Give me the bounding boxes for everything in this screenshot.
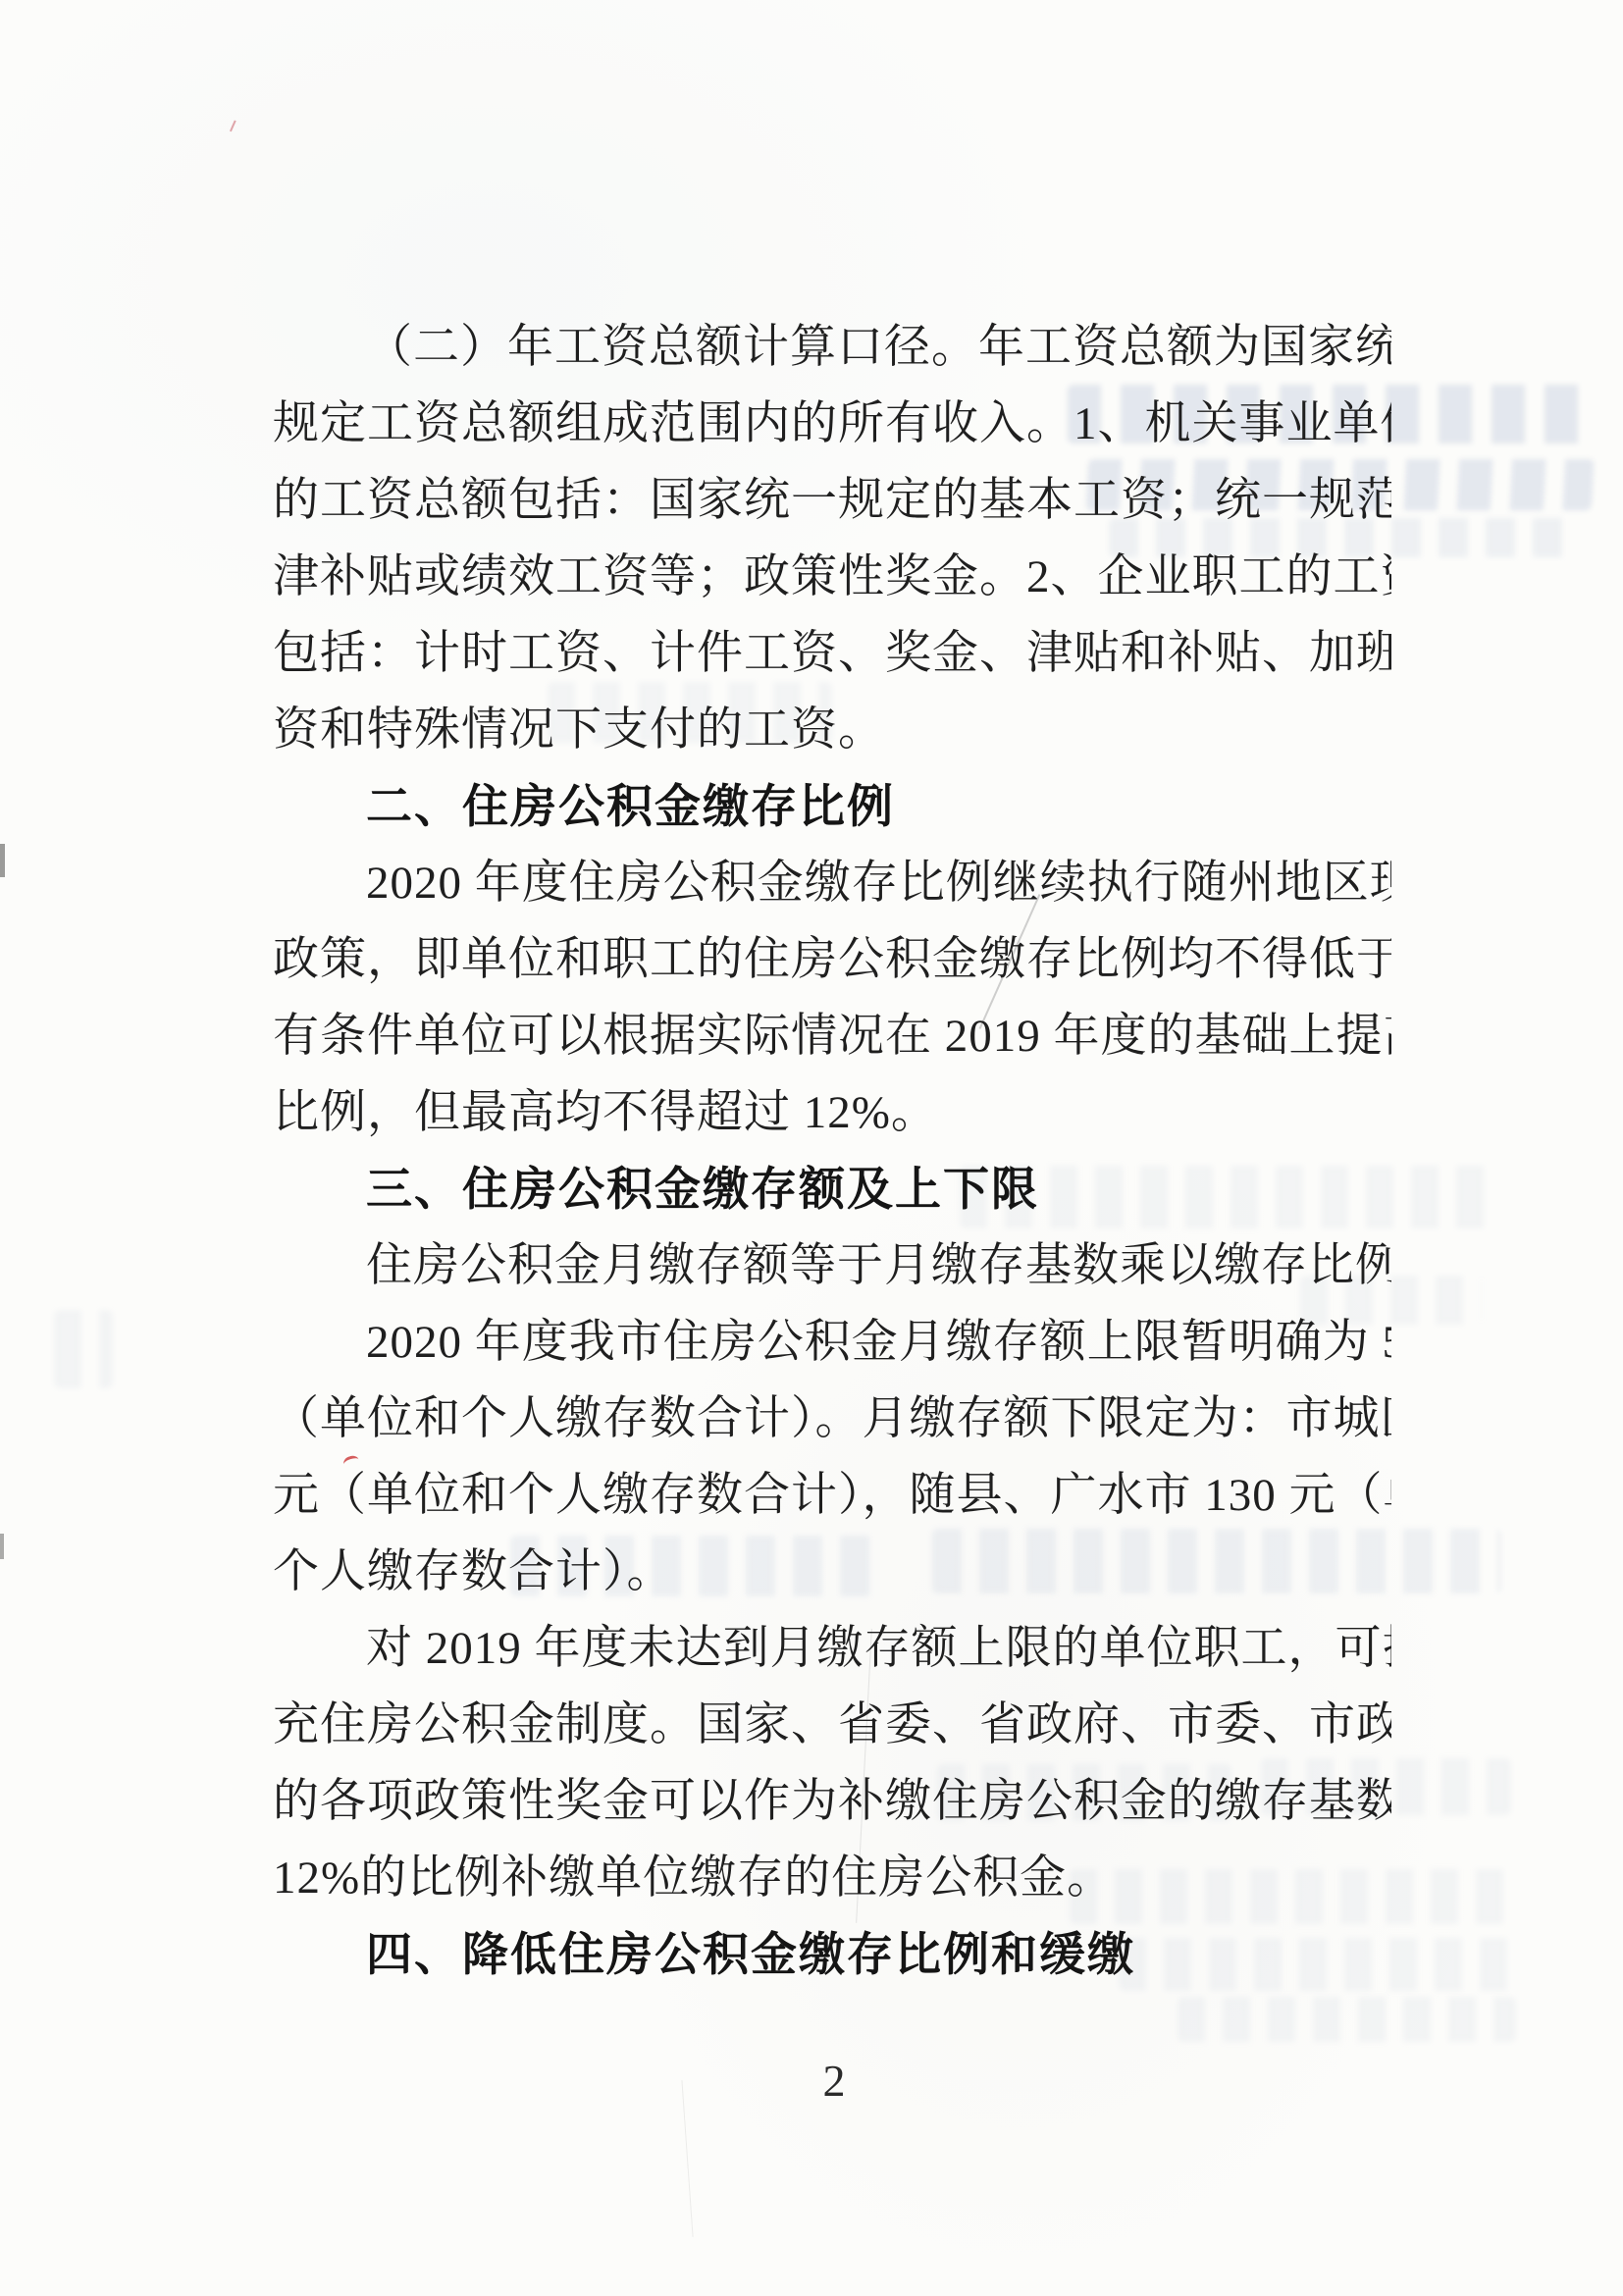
heading-section-2: 二、住房公积金缴存比例: [273, 768, 1391, 845]
red-ink-speck: [230, 120, 243, 134]
text-line: 规定工资总额组成范围内的所有收入。1、机关事业单位职工: [273, 386, 1391, 462]
text-line: （二）年工资总额计算口径。年工资总额为国家统计部门: [273, 309, 1391, 386]
text-line: （单位和个人缴存数合计）。月缴存额下限定为：市城区 140: [273, 1381, 1391, 1457]
heading-section-3: 三、住房公积金缴存额及上下限: [273, 1151, 1391, 1227]
text-line: 12%的比例补缴单位缴存的住房公积金。: [273, 1840, 1391, 1916]
text-line: 比例，但最高均不得超过 12%。: [273, 1074, 1391, 1151]
text-line: 2020 年度住房公积金缴存比例继续执行随州地区现行的: [273, 845, 1391, 921]
text-line: 的各项政策性奖金可以作为补缴住房公积金的缴存基数，按: [273, 1763, 1391, 1840]
heading-section-4: 四、降低住房公积金缴存比例和缓缴: [273, 1916, 1391, 1993]
text-line: 包括：计时工资、计件工资、奖金、津贴和补贴、加班加点工: [273, 615, 1391, 692]
bleed-through-artifact: [1178, 1997, 1516, 2042]
document-body: （二）年工资总额计算口径。年工资总额为国家统计部门 规定工资总额组成范围内的所有…: [273, 309, 1391, 1993]
text-line: 对 2019 年度未达到月缴存额上限的单位职工，可执行补: [273, 1610, 1391, 1687]
text-line: 有条件单位可以根据实际情况在 2019 年度的基础上提高缴存: [273, 998, 1391, 1074]
text-line: 政策，即单位和职工的住房公积金缴存比例均不得低于 5%，: [273, 921, 1391, 998]
text-line: 元（单位和个人缴存数合计），随县、广水市 130 元（单位和: [273, 1457, 1391, 1534]
text-line: 个人缴存数合计）。: [273, 1534, 1391, 1610]
text-line: 2020 年度我市住房公积金月缴存额上限暂明确为 5240 元: [273, 1304, 1391, 1381]
text-line: 充住房公积金制度。国家、省委、省政府、市委、市政府批准: [273, 1687, 1391, 1763]
text-line: 津补贴或绩效工资等；政策性奖金。2、企业职工的工资总额: [273, 539, 1391, 615]
scan-scratch: [681, 2080, 693, 2237]
scanned-document-page: （二）年工资总额计算口径。年工资总额为国家统计部门 规定工资总额组成范围内的所有…: [0, 0, 1623, 2296]
page-number: 2: [803, 2057, 865, 2106]
scan-edge-mark: [0, 1534, 4, 1559]
bleed-through-artifact: [54, 1310, 113, 1388]
scan-edge-mark: [0, 844, 5, 877]
text-line: 资和特殊情况下支付的工资。: [273, 692, 1391, 768]
text-line: 的工资总额包括：国家统一规定的基本工资；统一规范发放的: [273, 462, 1391, 539]
text-line: 住房公积金月缴存额等于月缴存基数乘以缴存比例。: [273, 1227, 1391, 1304]
